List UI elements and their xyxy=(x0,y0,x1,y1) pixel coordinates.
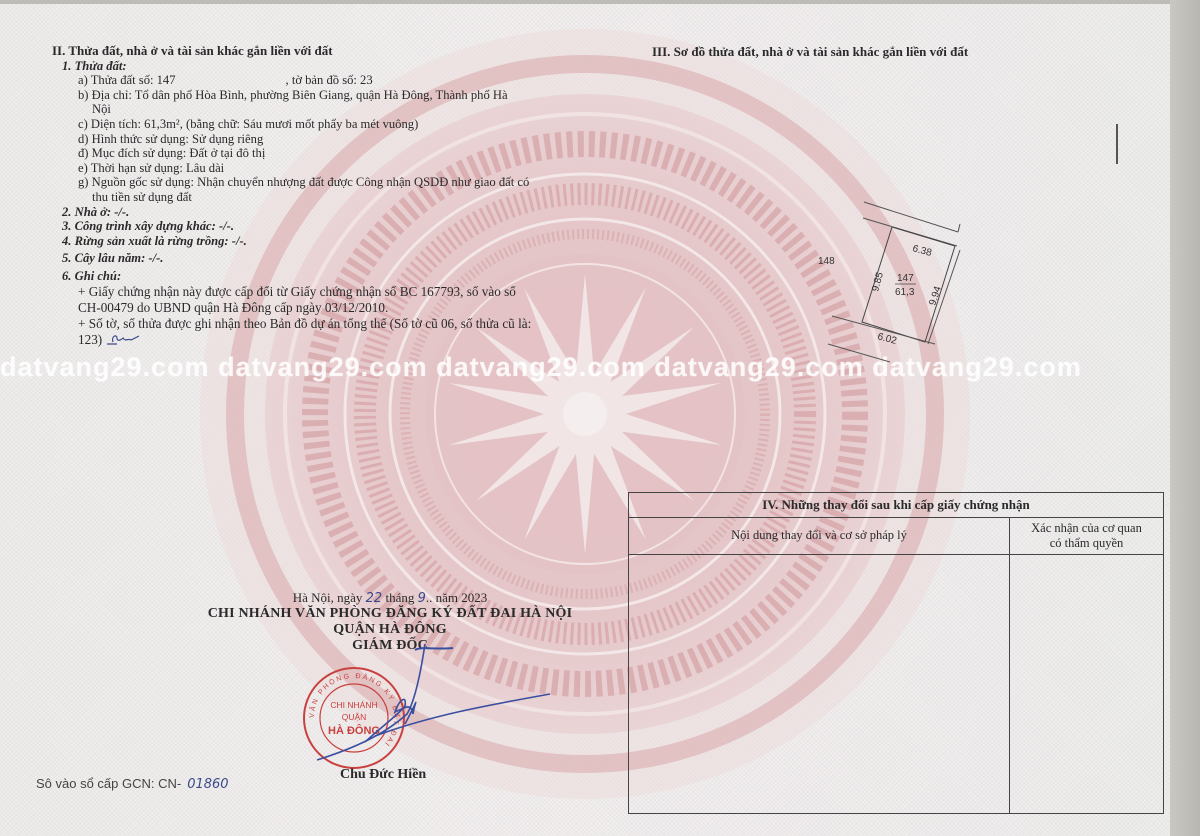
changes-table: IV. Những thay đổi sau khi cấp giấy chứn… xyxy=(628,492,1164,814)
parcel-sketch-diagram: 148 147 61,3 6.38 9.85 9.94 6.02 xyxy=(800,194,980,364)
house: 2. Nhà ở: -/-. xyxy=(52,205,612,220)
parcel-area-label: 61,3 xyxy=(895,287,915,298)
note-line-4: 123) xyxy=(52,332,612,348)
usage-origin-line-1: g) Nguồn gốc sử dụng: Nhận chuyển nhượng… xyxy=(52,175,612,190)
column-authority-confirmation: Xác nhận của cơ quan có thẩm quyền xyxy=(1010,518,1163,554)
section3-title: III. Sơ đồ thửa đất, nhà ở và tài sản kh… xyxy=(652,44,968,60)
section-land-info: II. Thửa đất, nhà ở và tài sản khác gắn … xyxy=(52,44,612,348)
usage-term: e) Thời hạn sử dụng: Lâu dài xyxy=(52,161,612,176)
edge-left-label: 9.85 xyxy=(870,271,886,293)
issue-month: 9 xyxy=(418,591,426,606)
changes-table-body xyxy=(629,555,1163,813)
issuing-office: CHI NHÁNH VĂN PHÒNG ĐĂNG KÝ ĐẤT ĐAI HÀ N… xyxy=(190,606,590,622)
background-surface xyxy=(1170,0,1200,836)
change-content-cell xyxy=(629,555,1010,813)
certificate-page: II. Thửa đất, nhà ở và tài sản khác gắn … xyxy=(0,4,1170,836)
initial-signature-icon xyxy=(105,332,141,346)
parcel-number-label: 147 xyxy=(897,273,914,284)
registry-label: Sô vào sổ cấp GCN: CN- xyxy=(36,776,181,791)
note-line-4-text: 123) xyxy=(78,332,102,347)
edge-top-label: 6.38 xyxy=(911,243,933,259)
neighbor-parcel-label: 148 xyxy=(818,256,835,267)
date-prefix: Hà Nội, ngày xyxy=(293,590,363,605)
usage-origin-line-2: thu tiền sử dụng đất xyxy=(52,190,612,205)
parcel-number: a) Thửa đất số: 147 xyxy=(78,73,176,87)
usage-form: d) Hình thức sử dụng: Sử dụng riêng xyxy=(52,132,612,147)
notes-heading: 6. Ghi chú: xyxy=(52,269,612,284)
column-authority-line-1: Xác nhận của cơ quan xyxy=(1010,521,1163,536)
note-line-2: CH-00479 do UBND quận Hà Đông cấp ngày 0… xyxy=(52,300,612,316)
website-watermark: datvang29.com datvang29.com datvang29.co… xyxy=(0,352,1170,383)
director-signature-icon xyxy=(295,644,555,784)
section2-title: II. Thửa đất, nhà ở và tài sản khác gắn … xyxy=(52,44,612,59)
issuing-district: QUẬN HÀ ĐÔNG xyxy=(190,622,590,638)
map-sheet-number: , tờ bản đồ số: 23 xyxy=(286,73,373,87)
usage-purpose: đ) Mục đích sử dụng: Đất ở tại đô thị xyxy=(52,146,612,161)
section4-title: IV. Những thay đổi sau khi cấp giấy chứn… xyxy=(629,493,1163,518)
signer-name: Chu Đức Hiền xyxy=(340,767,426,783)
area: c) Diện tích: 61,3m², (bằng chữ: Sáu mươ… xyxy=(52,117,612,132)
parcel-number-line: a) Thửa đất số: 147, tờ bản đồ số: 23 xyxy=(52,73,612,88)
issue-year: năm 2023 xyxy=(436,590,488,605)
issue-day: 22 xyxy=(366,591,383,606)
month-prefix: tháng xyxy=(385,590,414,605)
address-line-2: Nội xyxy=(52,102,612,117)
column-authority-line-2: có thẩm quyền xyxy=(1010,536,1163,551)
issue-date: Hà Nội, ngày 22 tháng 9.. năm 2023 xyxy=(190,590,590,606)
note-line-1: + Giấy chứng nhận này được cấp đổi từ Gi… xyxy=(52,284,612,300)
production-forest: 4. Rừng sản xuất là rừng trồng: -/-. xyxy=(52,234,612,249)
column-change-content: Nội dung thay đổi và cơ sở pháp lý xyxy=(629,518,1010,554)
perennial-trees: 5. Cây lâu năm: -/-. xyxy=(52,251,612,266)
authority-confirmation-cell xyxy=(1010,555,1163,813)
note-line-3: + Số tờ, số thửa được ghi nhận theo Bản … xyxy=(52,316,612,332)
land-heading: 1. Thửa đất: xyxy=(52,59,612,74)
pen-mark xyxy=(1116,124,1118,164)
address-line-1: b) Địa chỉ: Tổ dân phố Hòa Bình, phường … xyxy=(52,88,612,103)
registry-number-value: 01860 xyxy=(187,777,228,792)
changes-table-header: Nội dung thay đổi và cơ sở pháp lý Xác n… xyxy=(629,518,1163,555)
other-construction: 3. Công trình xây dựng khác: -/-. xyxy=(52,219,612,234)
registry-number: Sô vào sổ cấp GCN: CN-01860 xyxy=(36,776,229,792)
